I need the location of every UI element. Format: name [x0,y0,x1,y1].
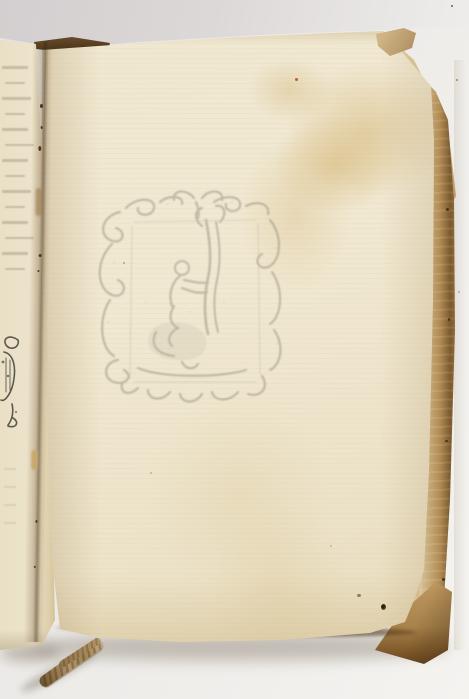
gutter-speck [39,254,42,257]
cover-speck [442,578,445,581]
gutter-speck [37,270,39,272]
cover-edge-ambient-shadow [454,60,466,650]
cover-speck [445,440,448,442]
gutter-speck [40,104,43,108]
foxing-speck [123,262,125,264]
left-page-faint-glyphs [2,468,22,558]
cover-speck [448,318,450,321]
foxing-speck [295,78,298,81]
gutter-speck [41,126,43,129]
gutter-speck [38,146,41,151]
showthrough-engraving [90,182,290,408]
cover-speck [446,208,449,211]
left-page-engraving-fragment [0,330,28,434]
gutter-smudge [35,188,41,216]
gutter-speck [34,566,36,568]
wall-speck [451,5,453,7]
gutter-speck [35,520,37,523]
photo-scene [0,0,469,699]
foxing-speck [150,472,152,474]
main-page [40,30,436,644]
foxing-speck [330,545,332,547]
wormhole [381,604,386,610]
gutter-nick [31,450,37,470]
paper-dent [357,594,361,597]
